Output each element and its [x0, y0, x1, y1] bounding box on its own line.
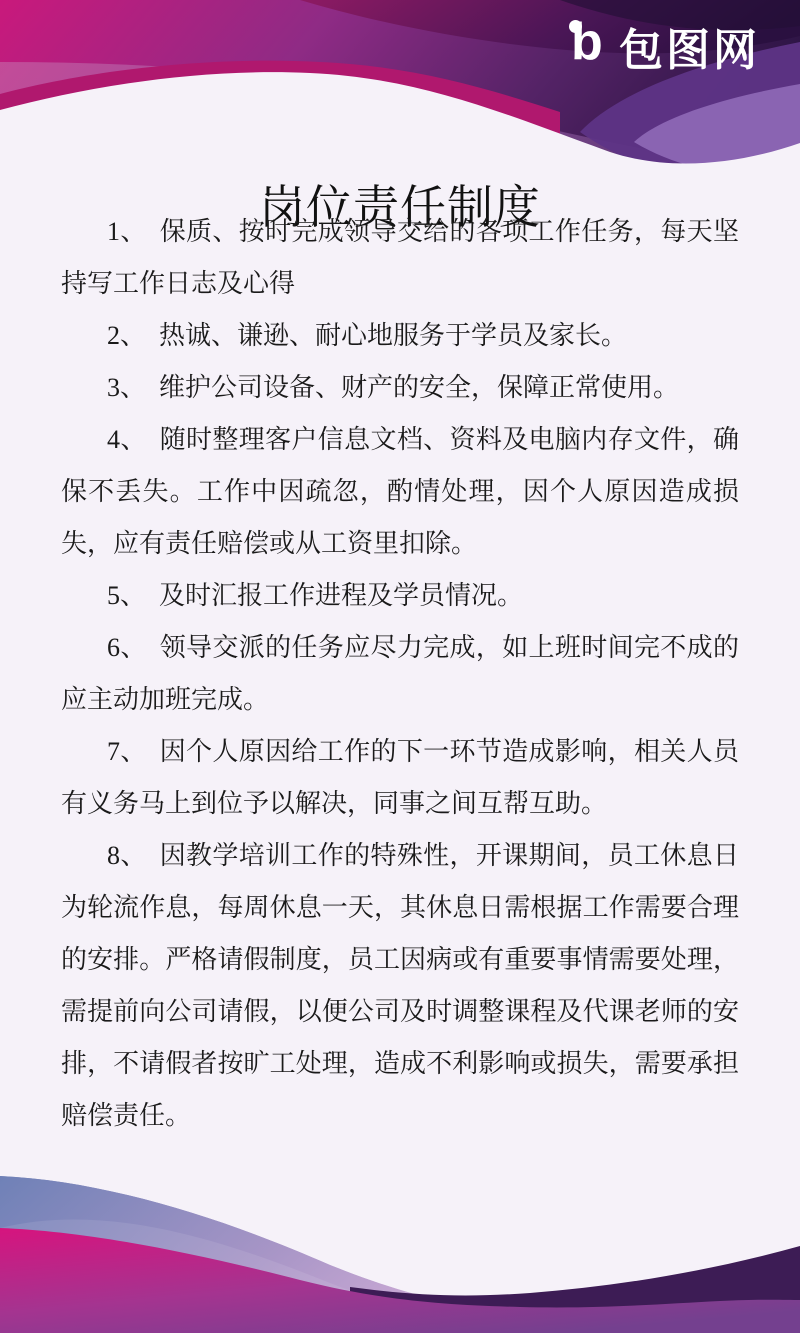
item-number: 5、	[107, 581, 146, 610]
list-item: 7、因个人原因给工作的下一环节造成影响，相关人员有义务马上到位予以解决，同事之间…	[61, 726, 739, 830]
list-item: 3、维护公司设备、财产的安全，保障正常使用。	[61, 362, 739, 414]
brand-letter: b	[571, 12, 603, 72]
item-number: 3、	[107, 373, 146, 402]
item-text: 保质、按时完成领导交给的各项工作任务，每天坚持写工作日志及心得	[61, 217, 739, 298]
item-number: 6、	[107, 633, 147, 662]
list-item: 1、保质、按时完成领导交给的各项工作任务，每天坚持写工作日志及心得	[61, 206, 739, 310]
item-text: 因个人原因给工作的下一环节造成影响，相关人员有义务马上到位予以解决，同事之间互帮…	[61, 737, 739, 818]
watermark-logo: b 包图网	[569, 14, 760, 78]
item-text: 随时整理客户信息文档、资料及电脑内存文件，确保不丢失。工作中因疏忽，酌情处理，因…	[61, 425, 739, 558]
responsibility-list: 1、保质、按时完成领导交给的各项工作任务，每天坚持写工作日志及心得 2、热诚、谦…	[61, 206, 739, 1142]
footer-wave-decoration	[0, 1143, 800, 1333]
poster-page: b 包图网 岗位责任制度 1、保质、按时完成领导交给的各项工作任务，每天坚持写工…	[0, 0, 800, 1333]
brand-b-icon: b	[569, 18, 609, 74]
list-item: 4、随时整理客户信息文档、资料及电脑内存文件，确保不丢失。工作中因疏忽，酌情处理…	[61, 414, 739, 570]
list-item: 8、因教学培训工作的特殊性，开课期间，员工休息日为轮流作息，每周休息一天，其休息…	[61, 830, 739, 1142]
brand-name: 包图网	[619, 14, 760, 78]
list-item: 6、领导交派的任务应尽力完成，如上班时间完不成的应主动加班完成。	[61, 622, 739, 726]
item-number: 8、	[107, 841, 147, 870]
item-text: 及时汇报工作进程及学员情况。	[159, 581, 523, 610]
item-text: 热诚、谦逊、耐心地服务于学员及家长。	[159, 321, 627, 350]
item-text: 维护公司设备、财产的安全，保障正常使用。	[159, 373, 679, 402]
list-item: 5、及时汇报工作进程及学员情况。	[61, 570, 739, 622]
item-text: 因教学培训工作的特殊性，开课期间，员工休息日为轮流作息，每周休息一天，其休息日需…	[61, 841, 739, 1130]
item-number: 2、	[107, 321, 146, 350]
item-number: 1、	[107, 217, 147, 246]
item-number: 7、	[107, 737, 147, 766]
item-text: 领导交派的任务应尽力完成，如上班时间完不成的应主动加班完成。	[61, 633, 739, 714]
list-item: 2、热诚、谦逊、耐心地服务于学员及家长。	[61, 310, 739, 362]
item-number: 4、	[107, 425, 147, 454]
